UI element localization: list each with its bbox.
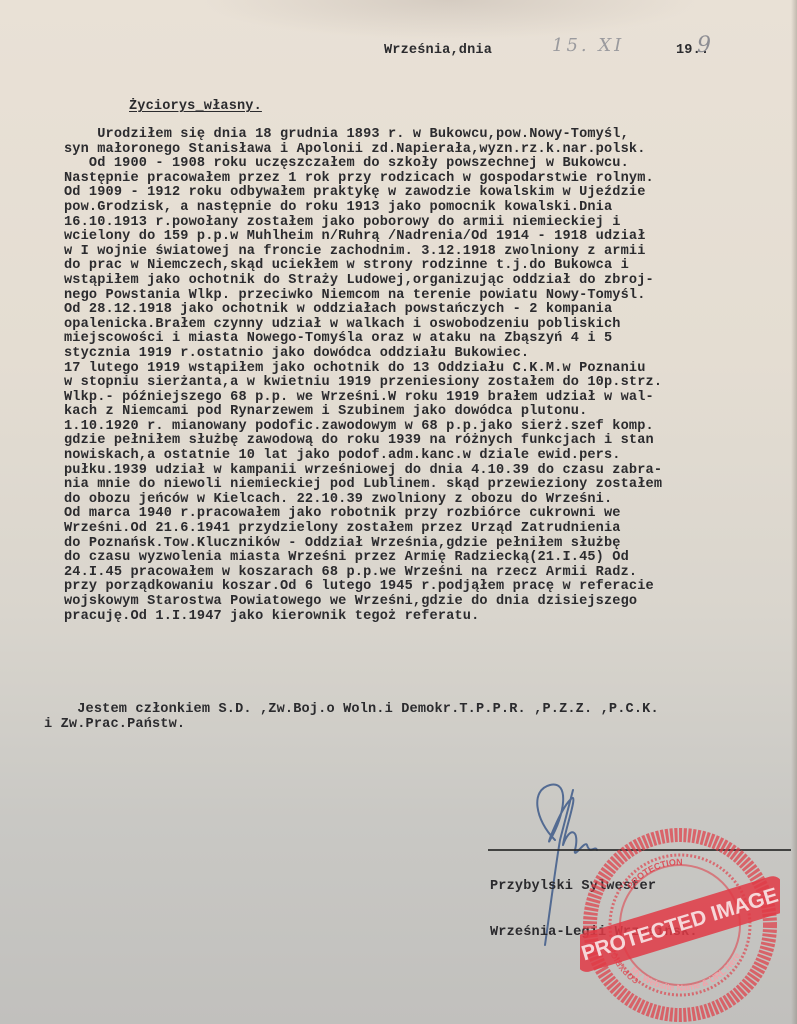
text-line: opalenicka.Brałem czynny udział w walkac… — [64, 318, 662, 333]
protected-image-watermark: PROTECTION COPYRIGHT PROTECTED IMAGE My … — [580, 825, 780, 1024]
text-line: kach z Niemcami pod Rynarzewem i Szubine… — [64, 405, 662, 420]
text-line: Od 1900 - 1908 roku uczęszczałem do szko… — [64, 157, 662, 172]
text-line: stycznia 1919 r.ostatnio jako dowódca od… — [64, 347, 662, 362]
text-line: Wlkp.- późniejszego 68 p.p. we Wrześni.W… — [64, 391, 662, 406]
text-line: przy porządkowaniu koszar.Od 6 lutego 19… — [64, 580, 662, 595]
text-line: Wrześni.Od 21.6.1941 przydzielony został… — [64, 522, 662, 537]
text-line: Następnie pracowałem przez 1 rok przy ro… — [64, 172, 662, 187]
text-line: 24.I.45 pracowałem w koszarach 68 p.p.we… — [64, 566, 662, 581]
text-line: do Poznańsk.Tow.Kluczników - Oddział Wrz… — [64, 537, 662, 552]
handwritten-date: 15. XI — [552, 35, 624, 56]
biography-body: Urodziłem się dnia 18 grudnia 1893 r. w … — [64, 128, 662, 624]
text-line: 1.10.1920 r. mianowany podofic.zawodowym… — [64, 420, 662, 435]
text-line: nowiskach,a ostatnie 10 lat jako podof.a… — [64, 449, 662, 464]
text-line: 17 lutego 1919 wstąpiłem jako ochotnik d… — [64, 362, 662, 377]
text-line: Od 1909 - 1912 roku odbywałem praktykę w… — [64, 186, 662, 201]
text-line: pułku.1939 udział w kampanii wrześniowej… — [64, 464, 662, 479]
text-line: nego Powstania Wlkp. przeciwko Niemcom n… — [64, 289, 662, 304]
paper-shadow — [200, 0, 700, 40]
text-line: Urodziłem się dnia 18 grudnia 1893 r. w … — [64, 128, 662, 143]
text-line: w stopniu sierżanta,a w kwietniu 1919 pr… — [64, 376, 662, 391]
text-line: Od marca 1940 r.pracowałem jako robotnik… — [64, 507, 662, 522]
paper-edge — [791, 0, 797, 1024]
text-line: w I wojnie światowej na froncie zachodni… — [64, 245, 662, 260]
text-line: pracuję.Od 1.I.1947 jako kierownik tegoż… — [64, 610, 662, 625]
text-line: do prac w Niemczech,skąd uciekłem w stro… — [64, 259, 662, 274]
text-line: wojskowym Starostwa Powiatowego we Wrześ… — [64, 595, 662, 610]
text-line: pow.Grodzisk, a następnie do roku 1913 j… — [64, 201, 662, 216]
text-line: wcielony do 159 p.p.w Muhlheim n/Ruhrą /… — [64, 230, 662, 245]
text-line: wstąpiłem jako ochotnik do Straży Ludowe… — [64, 274, 662, 289]
text-line: Jestem członkiem S.D. ,Zw.Boj.o Woln.i D… — [44, 702, 659, 717]
dateline: Września,dnia 15. XI 19.. 9 — [384, 43, 401, 118]
handwritten-year-digit: 9 — [697, 33, 711, 58]
text-line: gdzie pełniłem służbę zawodową do roku 1… — [64, 434, 662, 449]
text-line: do czasu wyzwolenia miasta Wrześni przez… — [64, 551, 662, 566]
place-date-label: Września,dnia — [384, 43, 492, 58]
text-line: miejscowości i miasta Nowego-Tomyśla ora… — [64, 332, 662, 347]
text-line: Od 28.12.1918 jako ochotnik w oddziałach… — [64, 303, 662, 318]
membership-statement: Jestem członkiem S.D. ,Zw.Boj.o Woln.i D… — [44, 702, 659, 731]
text-line: 16.10.1913 r.powołany zostałem jako pobo… — [64, 216, 662, 231]
text-line: i Zw.Prac.Państw. — [44, 717, 659, 732]
text-line: syn małoronego Stanisława i Apolonii zd.… — [64, 143, 662, 158]
text-line: do obozu jeńców w Kielcach. 22.10.39 zwo… — [64, 493, 662, 508]
document-title: Życiorys_własny. — [129, 99, 262, 114]
text-line: nia mnie do niewoli niemieckiej pod Lubl… — [64, 478, 662, 493]
